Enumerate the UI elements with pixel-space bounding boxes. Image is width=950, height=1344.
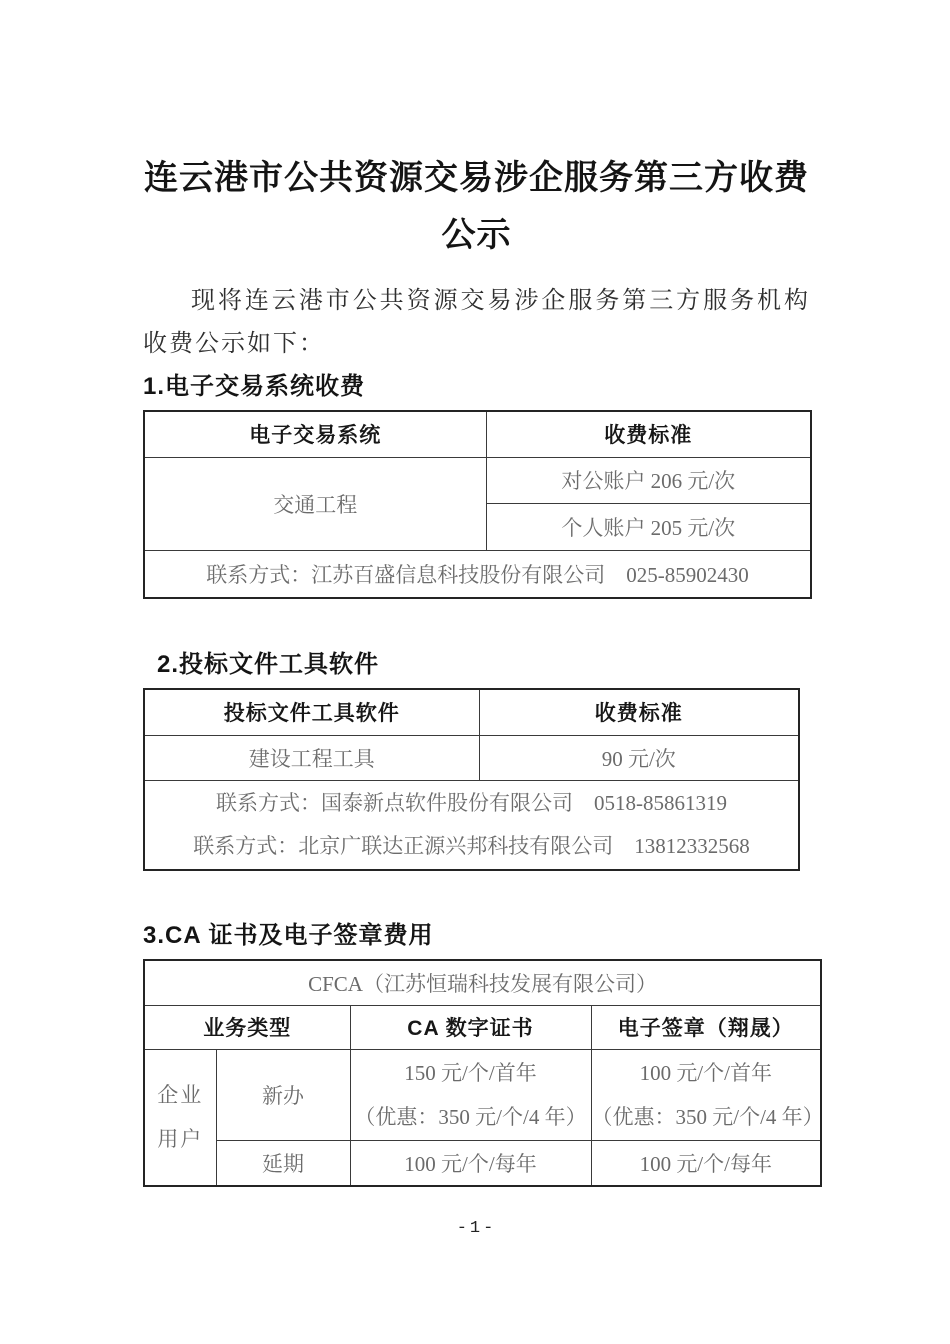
cell-system-name: 交通工程 — [144, 457, 486, 550]
header-cell-ca-cert: CA 数字证书 — [350, 1005, 591, 1049]
cell-user-type: 企业用户 — [144, 1049, 216, 1186]
cell-contacts: 联系方式：国泰新点软件股份有限公司 0518-85861319 联系方式：北京广… — [144, 780, 799, 870]
header-cell-fee-standard: 收费标准 — [486, 411, 811, 457]
section-heading-1: 1.电子交易系统收费 — [143, 372, 810, 402]
section-heading-2: 2.投标文件工具软件 — [143, 650, 810, 680]
cell-fee-corporate: 对公账户 206 元/次 — [486, 457, 811, 503]
header-cell-system: 电子交易系统 — [144, 411, 486, 457]
cell-ca-renew-fee: 100 元/个/每年 — [350, 1140, 591, 1186]
intro-paragraph: 现将连云港市公共资源交易涉企服务第三方服务机构收费公示如下： — [143, 280, 810, 366]
document-content: 连云港市公共资源交易涉企服务第三方收费公示 现将连云港市公共资源交易涉企服务第三… — [143, 0, 810, 1241]
header-cell-fee-standard: 收费标准 — [479, 689, 799, 735]
table-row: 延期 100 元/个/每年 100 元/个/每年 — [144, 1140, 821, 1186]
cell-row-type-new: 新办 — [216, 1049, 350, 1140]
header-cell-tool: 投标文件工具软件 — [144, 689, 479, 735]
document-page: 连云港市公共资源交易涉企服务第三方收费公示 现将连云港市公共资源交易涉企服务第三… — [0, 0, 950, 1344]
cell-seal-renew-fee: 100 元/个/每年 — [591, 1140, 821, 1186]
user-type-label: 企业用户 — [157, 1073, 203, 1161]
cell-row-type-renew: 延期 — [216, 1140, 350, 1186]
contact-line-2: 联系方式：北京广联达正源兴邦科技有限公司 13812332568 — [145, 825, 798, 868]
cell-contact: 联系方式：江苏百盛信息科技股份有限公司 025-85902430 — [144, 550, 811, 598]
table-header-row: 电子交易系统 收费标准 — [144, 411, 811, 457]
seal-new-fee-line-1: 100 元/个/首年 — [592, 1051, 821, 1095]
section-heading-3: 3.CA 证书及电子签章费用 — [143, 921, 810, 951]
page-number: -1- — [143, 1217, 810, 1241]
ca-new-fee-line-2: （优惠：350 元/个/4 年） — [351, 1095, 591, 1139]
table-row: 企业用户 新办 150 元/个/首年 （优惠：350 元/个/4 年） 100 … — [144, 1049, 821, 1140]
table-row: 联系方式：江苏百盛信息科技股份有限公司 025-85902430 — [144, 550, 811, 598]
electronic-trading-fee-table: 电子交易系统 收费标准 交通工程 对公账户 206 元/次 个人账户 205 元… — [143, 410, 812, 599]
page-title: 连云港市公共资源交易涉企服务第三方收费公示 — [143, 0, 810, 264]
header-cell-business-type: 业务类型 — [144, 1005, 350, 1049]
header-cell-e-seal: 电子签章（翔晟） — [591, 1005, 821, 1049]
seal-new-fee-line-2: （优惠：350 元/个/4 年） — [592, 1095, 821, 1139]
cell-tool-fee: 90 元/次 — [479, 735, 799, 780]
table-row: 建设工程工具 90 元/次 — [144, 735, 799, 780]
ca-new-fee-line-1: 150 元/个/首年 — [351, 1051, 591, 1095]
table-header-row: 业务类型 CA 数字证书 电子签章（翔晟） — [144, 1005, 821, 1049]
cell-provider: CFCA（江苏恒瑞科技发展有限公司） — [144, 960, 821, 1005]
table-row: CFCA（江苏恒瑞科技发展有限公司） — [144, 960, 821, 1005]
bid-tool-fee-table: 投标文件工具软件 收费标准 建设工程工具 90 元/次 联系方式：国泰新点软件股… — [143, 688, 800, 871]
table-row: 交通工程 对公账户 206 元/次 — [144, 457, 811, 503]
ca-certificate-fee-table: CFCA（江苏恒瑞科技发展有限公司） 业务类型 CA 数字证书 电子签章（翔晟）… — [143, 959, 822, 1187]
table-header-row: 投标文件工具软件 收费标准 — [144, 689, 799, 735]
cell-seal-new-fee: 100 元/个/首年 （优惠：350 元/个/4 年） — [591, 1049, 821, 1140]
cell-tool-name: 建设工程工具 — [144, 735, 479, 780]
contact-line-1: 联系方式：国泰新点软件股份有限公司 0518-85861319 — [145, 782, 798, 825]
table-row: 联系方式：国泰新点软件股份有限公司 0518-85861319 联系方式：北京广… — [144, 780, 799, 870]
cell-ca-new-fee: 150 元/个/首年 （优惠：350 元/个/4 年） — [350, 1049, 591, 1140]
cell-fee-personal: 个人账户 205 元/次 — [486, 503, 811, 550]
